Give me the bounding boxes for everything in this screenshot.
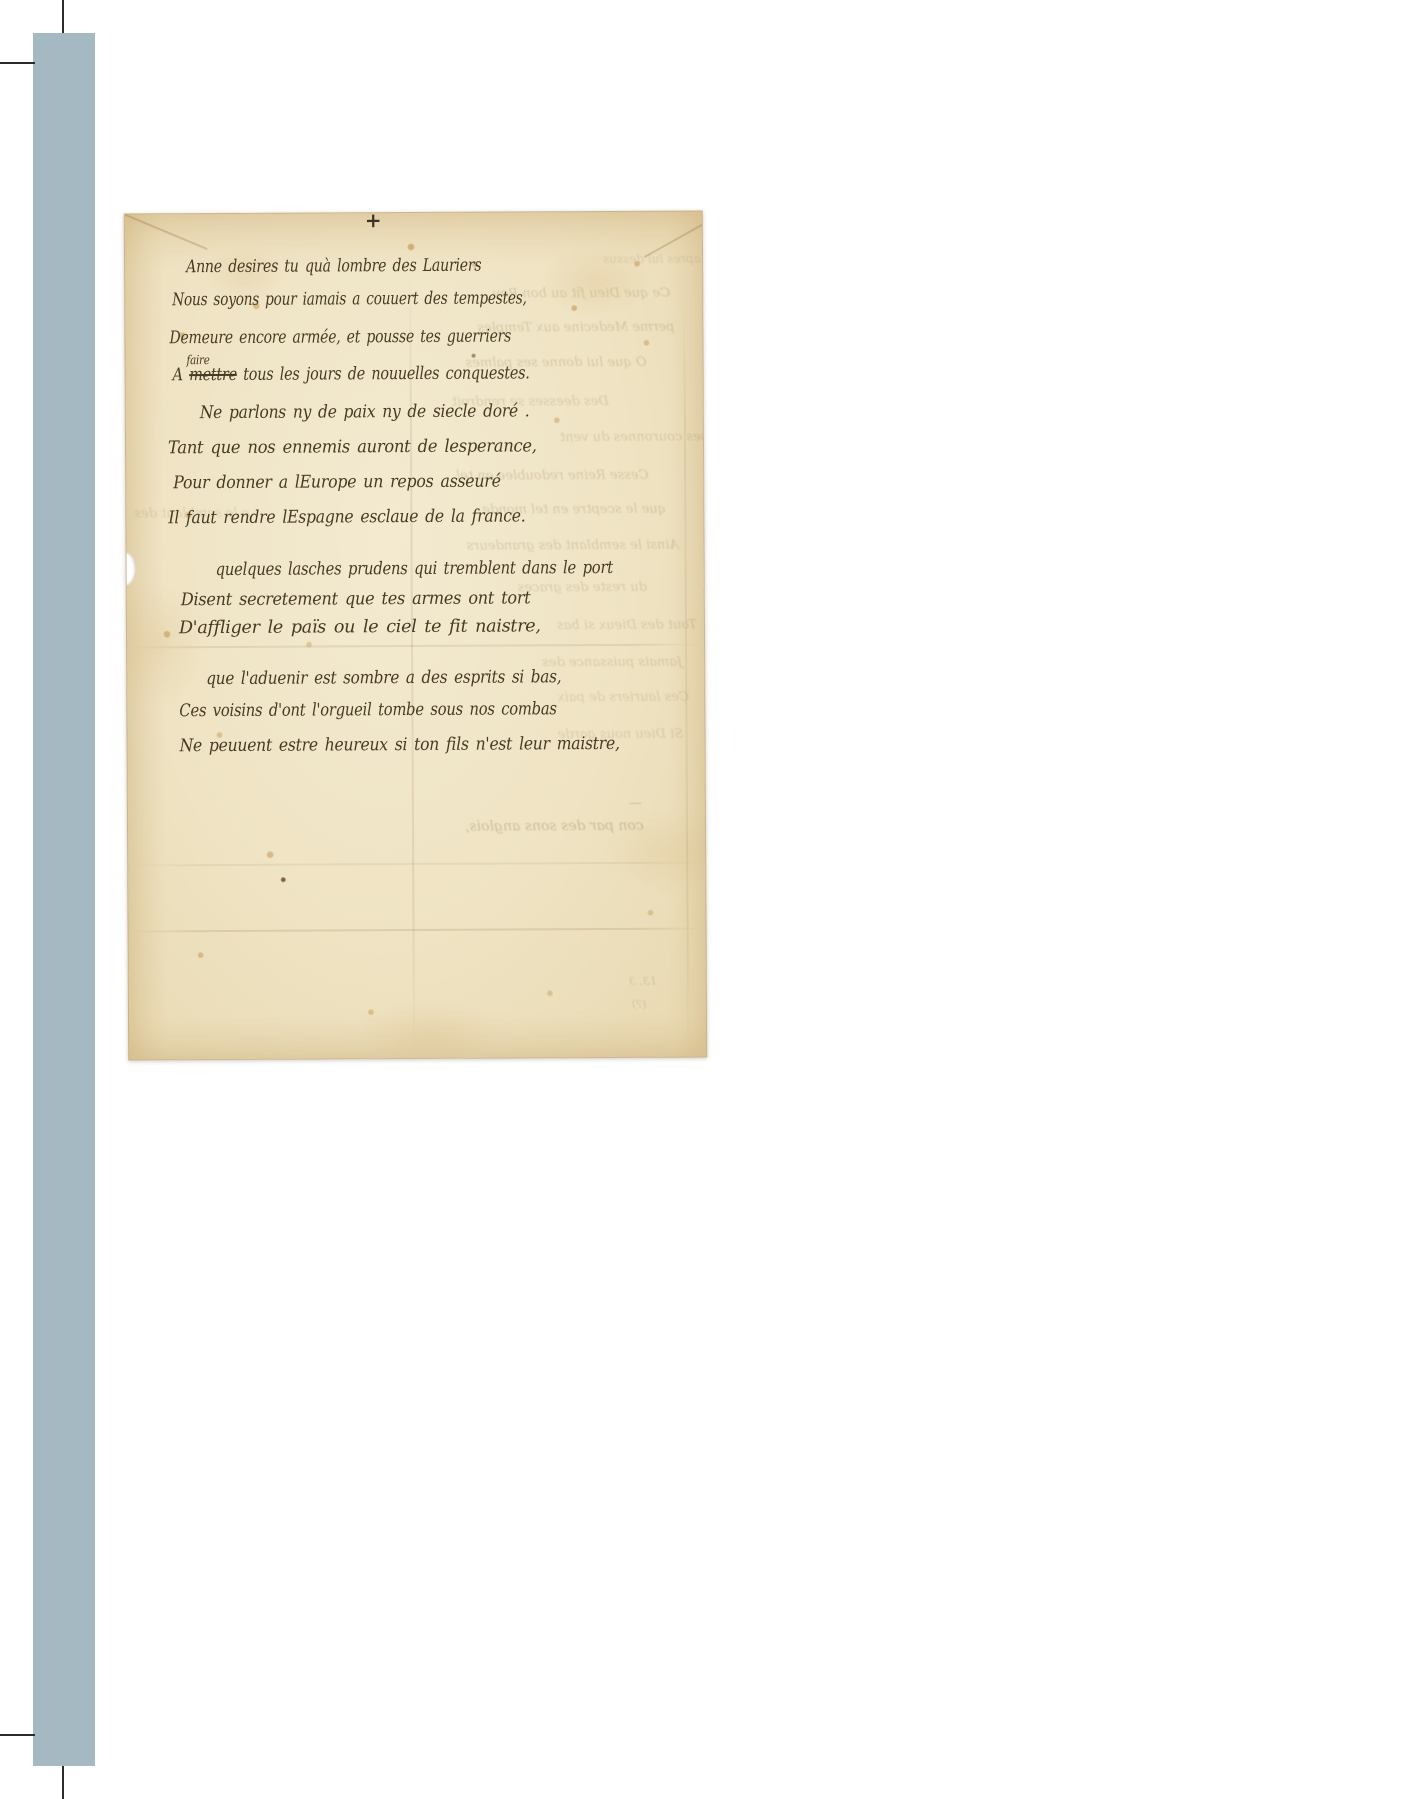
manuscript-line: Pour donner a lEurope un repos asseuré (173, 472, 501, 494)
line-text: A (173, 365, 190, 385)
spine-color-bar (33, 33, 95, 1766)
handwriting-layer: Anne desires tu quà lombre des LauriersN… (125, 211, 706, 1059)
manuscript-line: D'affliger le païs ou le ciel te fit nai… (179, 616, 541, 638)
manuscript-line: Ces voisins d'ont l'orgueil tombe sous n… (179, 699, 556, 721)
manuscript-line: Il faut rendre lEspagne esclaue de la fr… (168, 506, 525, 528)
manuscript-line: Anne desires tu quà lombre des Lauriers (186, 256, 481, 278)
crop-mark-bottom-vertical (62, 1766, 64, 1799)
manuscript-line: quelques lasches prudens qui tremblent d… (216, 558, 613, 580)
manuscript-page: + et apres lui dessusCe que Dieu fit au … (124, 210, 707, 1060)
manuscript-line: Demeure encore armée, et pousse tes guer… (169, 326, 511, 348)
crop-mark-left-horizontal-top (0, 62, 35, 64)
struck-out-word: mettre (189, 365, 237, 385)
manuscript-line: Ne peuuent estre heureux si ton fils n'e… (180, 734, 620, 756)
manuscript-line: Ne parlons ny de paix ny de siecle doré … (200, 401, 530, 423)
manuscript-line: que l'aduenir est sombre a des esprits s… (206, 667, 561, 689)
manuscript-line: Nous soyons pour iamais a couuert des te… (172, 288, 526, 310)
inserted-word-above: faire (186, 352, 209, 367)
manuscript-line: faireA mettre tous les jours de nouuelle… (173, 363, 530, 385)
line-text: tous les jours de nouuelles conquestes. (237, 363, 530, 385)
manuscript-line: Tant que nos ennemis auront de lesperanc… (168, 436, 537, 458)
crop-mark-top-vertical (62, 0, 64, 33)
crop-mark-left-horizontal-bottom (0, 1734, 35, 1736)
manuscript-line: Disent secretement que tes armes ont tor… (181, 588, 531, 610)
